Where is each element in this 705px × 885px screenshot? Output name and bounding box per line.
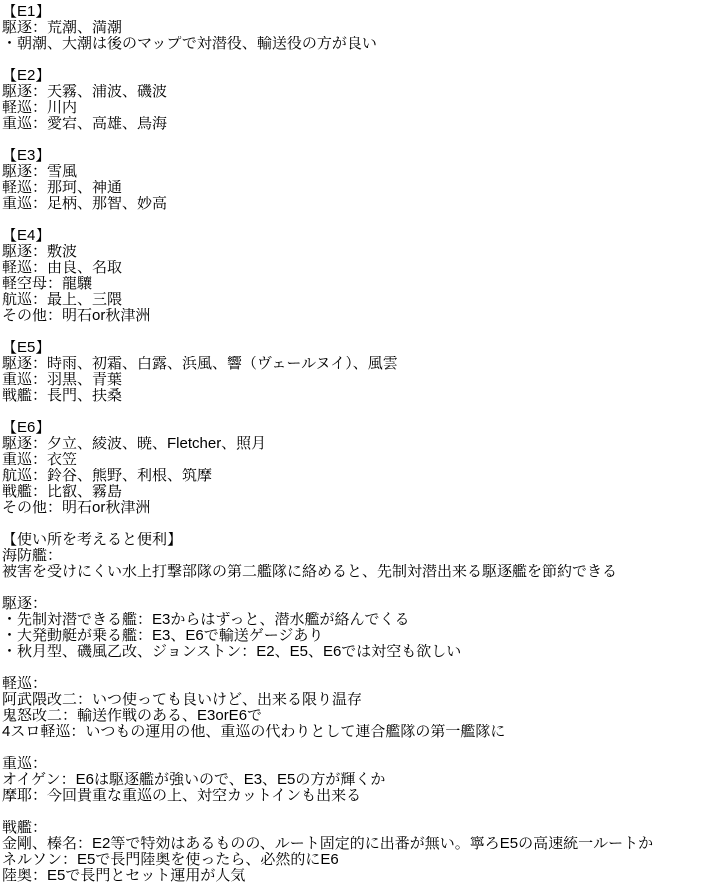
note-line: ・秋月型、磯風乙改、ジョンストン：E2、E5、E6では対空も欲しい: [2, 644, 705, 660]
section-e3: 【E3】 駆逐：雪風 軽巡：那珂、神通 重巡：足柄、那智、妙高: [2, 148, 705, 212]
fleet-line: その他：明石or秋津洲: [2, 500, 705, 516]
group-label: 駆逐：: [2, 596, 705, 612]
section-heading: 【E2】: [2, 68, 705, 84]
note-line: 摩耶：今回貴重な重巡の上、対空カットインも出来る: [2, 788, 705, 804]
fleet-line: 駆逐：夕立、綾波、暁、Fletcher、照月: [2, 436, 705, 452]
document: 【E1】 駆逐：荒潮、満潮 ・朝潮、大潮は後のマップで対潜役、輸送役の方が良い …: [0, 0, 705, 884]
fleet-line: 戦艦：比叡、霧島: [2, 484, 705, 500]
usage-group-heavy-cruiser: 重巡： オイゲン：E6は駆逐艦が強いので、E3、E5の方が輝くか 摩耶：今回貴重…: [2, 756, 705, 804]
usage-heading: 【使い所を考えると便利】: [2, 532, 705, 548]
section-e5: 【E5】 駆逐：時雨、初霜、白露、浜風、響（ヴェールヌイ）、風雲 重巡：羽黒、青…: [2, 340, 705, 404]
note-line: ・先制対潜できる艦：E3からはずっと、潜水艦が絡んでくる: [2, 612, 705, 628]
note-line: ネルソン：E5で長門陸奥を使ったら、必然的にE6: [2, 852, 705, 868]
note-line: ・朝潮、大潮は後のマップで対潜役、輸送役の方が良い: [2, 36, 705, 52]
fleet-line: 重巡：衣笠: [2, 452, 705, 468]
section-heading: 【E1】: [2, 4, 705, 20]
section-heading: 【E5】: [2, 340, 705, 356]
usage-group-battleship: 戦艦： 金剛、榛名：E2等で特効はあるものの、ルート固定的に出番が無い。寧ろE5…: [2, 820, 705, 884]
note-line: 被害を受けにくい水上打撃部隊の第二艦隊に絡めると、先制対潜出来る駆逐艦を節約でき…: [2, 564, 705, 580]
note-line: オイゲン：E6は駆逐艦が強いので、E3、E5の方が輝くか: [2, 772, 705, 788]
usage-group-light-cruiser: 軽巡： 阿武隈改二：いつ使っても良いけど、出来る限り温存 鬼怒改二：輸送作戦のあ…: [2, 676, 705, 740]
fleet-line: 航巡：最上、三隈: [2, 292, 705, 308]
section-usage: 【使い所を考えると便利】 海防艦： 被害を受けにくい水上打撃部隊の第二艦隊に絡め…: [2, 532, 705, 884]
section-e2: 【E2】 駆逐：天霧、浦波、磯波 軽巡：川内 重巡：愛宕、高雄、鳥海: [2, 68, 705, 132]
group-label: 海防艦：: [2, 548, 705, 564]
fleet-line: 戦艦：長門、扶桑: [2, 388, 705, 404]
fleet-line: 駆逐：雪風: [2, 164, 705, 180]
note-line: 鬼怒改二：輸送作戦のある、E3orE6で: [2, 708, 705, 724]
section-heading: 【E4】: [2, 228, 705, 244]
fleet-line: 軽巡：那珂、神通: [2, 180, 705, 196]
fleet-line: 航巡：鈴谷、熊野、利根、筑摩: [2, 468, 705, 484]
fleet-line: 軽巡：川内: [2, 100, 705, 116]
note-line: 4スロ軽巡：いつもの運用の他、重巡の代わりとして連合艦隊の第一艦隊に: [2, 724, 705, 740]
fleet-line: その他：明石or秋津洲: [2, 308, 705, 324]
section-e6: 【E6】 駆逐：夕立、綾波、暁、Fletcher、照月 重巡：衣笠 航巡：鈴谷、…: [2, 420, 705, 516]
fleet-line: 重巡：愛宕、高雄、鳥海: [2, 116, 705, 132]
section-heading: 【E3】: [2, 148, 705, 164]
fleet-line: 駆逐：時雨、初霜、白露、浜風、響（ヴェールヌイ）、風雲: [2, 356, 705, 372]
fleet-line: 駆逐：天霧、浦波、磯波: [2, 84, 705, 100]
note-line: 阿武隈改二：いつ使っても良いけど、出来る限り温存: [2, 692, 705, 708]
group-label: 軽巡：: [2, 676, 705, 692]
note-line: 陸奥：E5で長門とセット運用が人気: [2, 868, 705, 884]
fleet-line: 重巡：足柄、那智、妙高: [2, 196, 705, 212]
note-line: ・大発動艇が乗る艦：E3、E6で輸送ゲージあり: [2, 628, 705, 644]
group-label: 重巡：: [2, 756, 705, 772]
fleet-line: 軽空母：龍驤: [2, 276, 705, 292]
fleet-line: 駆逐：敷波: [2, 244, 705, 260]
fleet-line: 駆逐：荒潮、満潮: [2, 20, 705, 36]
fleet-line: 軽巡：由良、名取: [2, 260, 705, 276]
section-heading: 【E6】: [2, 420, 705, 436]
usage-group-destroyer: 駆逐： ・先制対潜できる艦：E3からはずっと、潜水艦が絡んでくる ・大発動艇が乗…: [2, 596, 705, 660]
group-label: 戦艦：: [2, 820, 705, 836]
section-e4: 【E4】 駆逐：敷波 軽巡：由良、名取 軽空母：龍驤 航巡：最上、三隈 その他：…: [2, 228, 705, 324]
usage-group-coastal: 海防艦： 被害を受けにくい水上打撃部隊の第二艦隊に絡めると、先制対潜出来る駆逐艦…: [2, 548, 705, 580]
fleet-line: 重巡：羽黒、青葉: [2, 372, 705, 388]
note-line: 金剛、榛名：E2等で特効はあるものの、ルート固定的に出番が無い。寧ろE5の高速統…: [2, 836, 705, 852]
section-e1: 【E1】 駆逐：荒潮、満潮 ・朝潮、大潮は後のマップで対潜役、輸送役の方が良い: [2, 4, 705, 52]
